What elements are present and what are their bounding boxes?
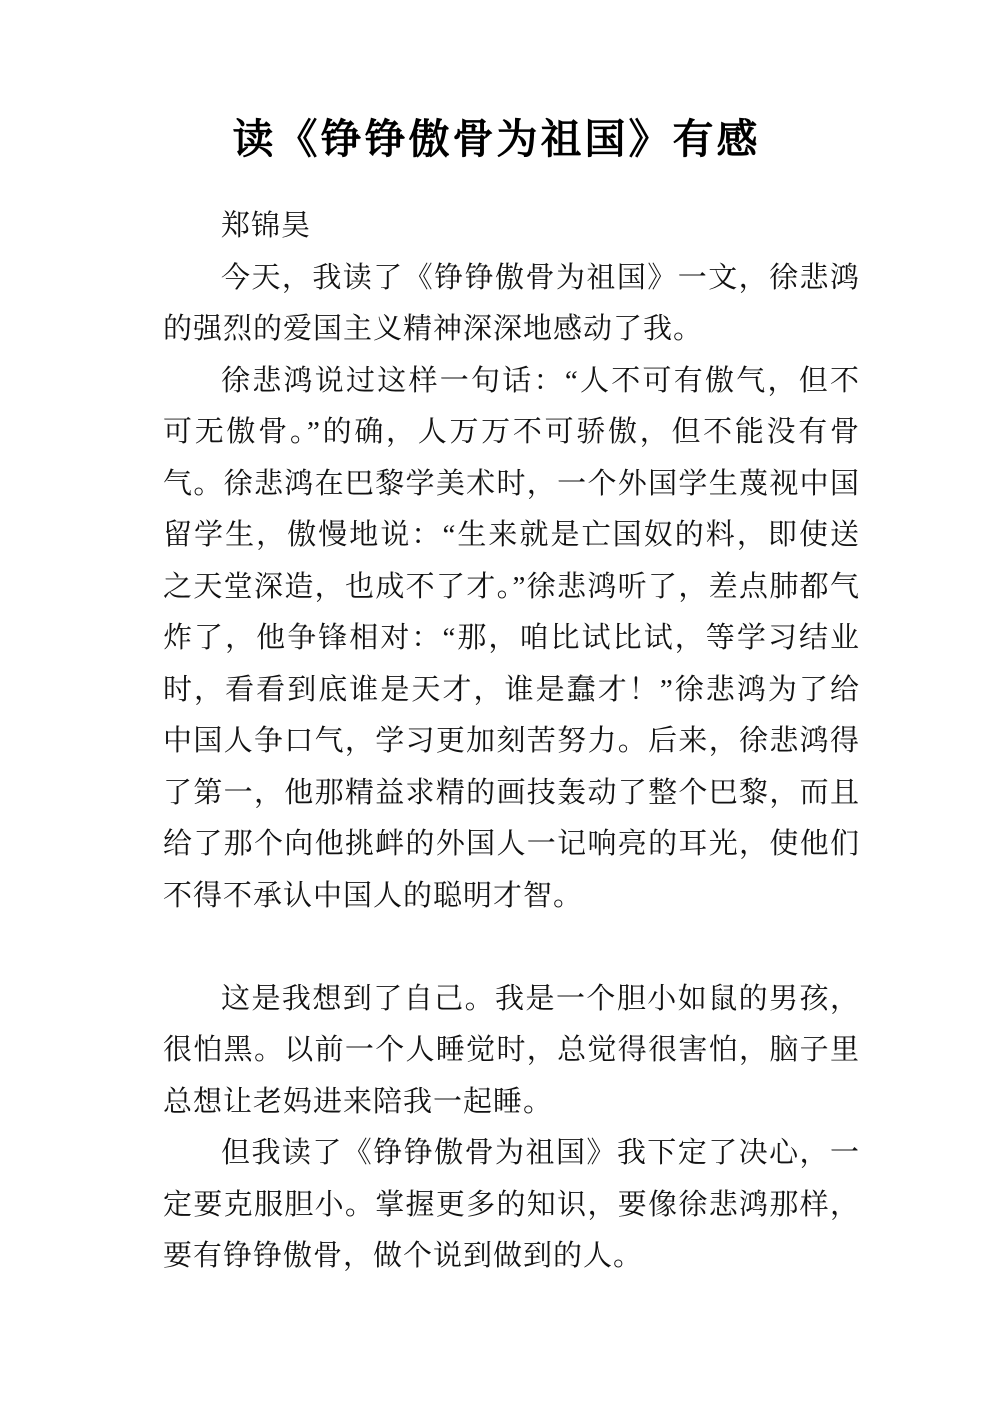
page-title: 读《铮铮傲骨为祖国》有感	[0, 0, 993, 168]
document-page: 读《铮铮傲骨为祖国》有感 郑锦昊 今天，我读了《铮铮傲骨为祖国》一文，徐悲鸿的强…	[0, 0, 993, 1404]
essay-paragraph: 这是我想到了自己。我是一个胆小如鼠的男孩，很怕黑。以前一个人睡觉时，总觉得很害怕…	[163, 974, 860, 1129]
essay-body: 郑锦昊 今天，我读了《铮铮傲骨为祖国》一文，徐悲鸿的强烈的爱国主义精神深深地感动…	[163, 201, 860, 1283]
author-name: 郑锦昊	[163, 201, 860, 253]
essay-paragraph: 徐悲鸿说过这样一句话：“人不可有傲气，但不可无傲骨。”的确，人万万不可骄傲，但不…	[163, 356, 860, 923]
essay-paragraph: 今天，我读了《铮铮傲骨为祖国》一文，徐悲鸿的强烈的爱国主义精神深深地感动了我。	[163, 253, 860, 356]
essay-paragraph: 但我读了《铮铮傲骨为祖国》我下定了决心，一定要克服胆小。掌握更多的知识，要像徐悲…	[163, 1128, 860, 1283]
blank-line	[163, 922, 860, 974]
